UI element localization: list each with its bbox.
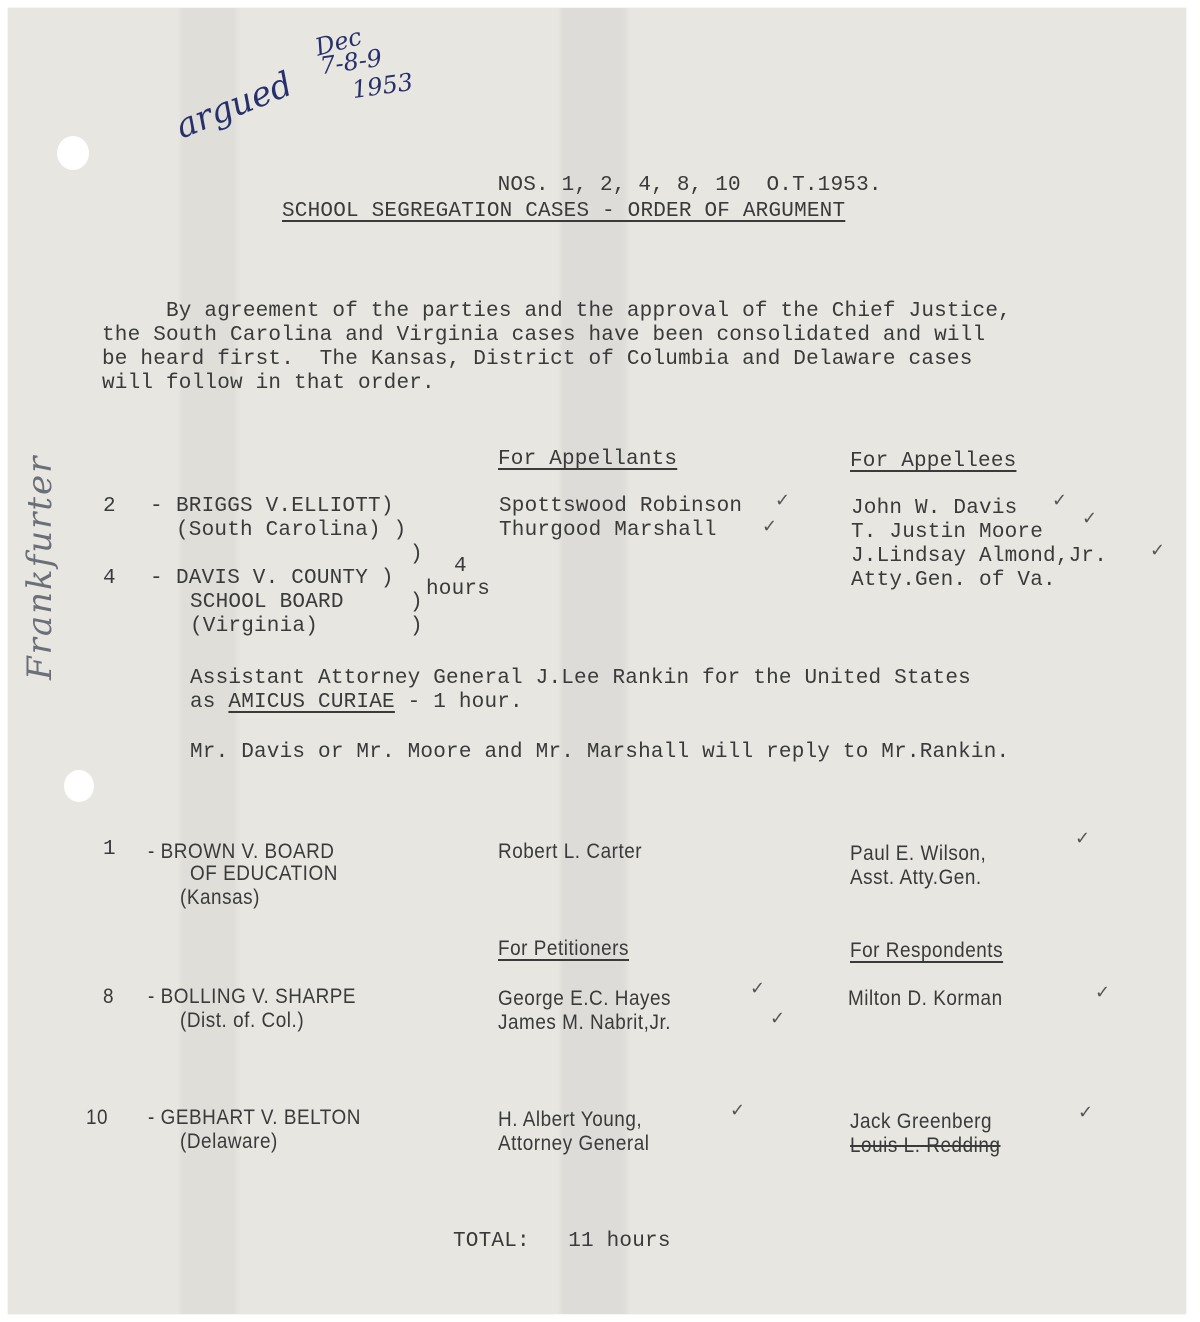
appellee-moore: T. Justin Moore xyxy=(851,521,1043,545)
case-4-dash: - xyxy=(150,567,163,591)
check-mark-icon: ✓ xyxy=(1082,508,1097,529)
check-mark-icon: ✓ xyxy=(775,490,790,511)
header-for-appellees: For Appellees xyxy=(850,450,1016,474)
respondent-greenberg: Jack Greenberg xyxy=(850,1110,992,1134)
check-mark-icon: ✓ xyxy=(750,978,765,999)
case-4-state: (Virginia) xyxy=(190,615,318,639)
case-1-name: - BROWN V. BOARD xyxy=(148,840,334,864)
time-allotted-unit: hours xyxy=(426,578,490,602)
punch-hole-bottom xyxy=(64,770,94,802)
amicus-suffix: - 1 hour. xyxy=(395,691,523,714)
appellant-marshall: Thurgood Marshall xyxy=(499,519,717,543)
intro-line-1: By agreement of the parties and the appr… xyxy=(102,300,1011,324)
intro-line-2: the South Carolina and Virginia cases ha… xyxy=(102,324,985,348)
case-2-name: BRIGGS V.ELLIOTT) xyxy=(176,495,394,519)
intro-line-3: be heard first. The Kansas, District of … xyxy=(102,348,973,372)
case-2-state: (South Carolina) ) xyxy=(176,519,406,543)
check-mark-icon: ✓ xyxy=(1095,982,1110,1003)
margin-signature: Frankfurter xyxy=(20,455,60,680)
appellee-davis: John W. Davis xyxy=(851,497,1017,521)
check-mark-icon: ✓ xyxy=(1075,828,1090,849)
check-mark-icon: ✓ xyxy=(1078,1102,1093,1123)
bracket-1: ) xyxy=(410,543,423,567)
bracket-3: ) xyxy=(410,615,423,639)
appellee-wilson: Paul E. Wilson, xyxy=(850,842,986,866)
intro-line-4: will follow in that order. xyxy=(102,372,435,396)
respondent-korman: Milton D. Korman xyxy=(848,987,1003,1011)
amicus-curiae-label: AMICUS CURIAE xyxy=(228,691,394,714)
term: O.T.1953. xyxy=(766,174,881,197)
time-allotted-value: 4 xyxy=(454,555,467,579)
appellee-almond-title: Atty.Gen. of Va. xyxy=(851,569,1056,593)
bracket-2: ) xyxy=(410,591,423,615)
appellant-robinson: Spottswood Robinson xyxy=(499,495,742,519)
case-8-name: - BOLLING V. SHARPE xyxy=(148,985,356,1009)
appellee-almond: J.Lindsay Almond,Jr. xyxy=(851,545,1107,569)
header-for-petitioners: For Petitioners xyxy=(498,937,629,961)
check-mark-icon: ✓ xyxy=(762,516,777,537)
petitioner-young-title: Attorney General xyxy=(498,1132,650,1156)
case-1-number: 1 xyxy=(103,838,116,862)
case-numbers: NOS. 1, 2, 4, 8, 10 O.T.1953. xyxy=(472,150,882,198)
header-for-appellants: For Appellants xyxy=(498,448,677,472)
check-mark-icon: ✓ xyxy=(1150,540,1165,561)
total-row: TOTAL: 11 hours xyxy=(453,1230,671,1254)
case-2-dash: - xyxy=(150,495,163,519)
check-mark-icon: ✓ xyxy=(1052,490,1067,511)
check-mark-icon: ✓ xyxy=(730,1100,745,1121)
total-label: TOTAL: xyxy=(453,1230,530,1253)
punch-hole-top xyxy=(57,136,89,170)
amicus-line-2: as AMICUS CURIAE - 1 hour. xyxy=(190,691,523,715)
amicus-prefix: as xyxy=(190,691,228,714)
case-8-number: 8 xyxy=(103,985,114,1009)
header-for-respondents: For Respondents xyxy=(850,939,1003,963)
case-4-number: 4 xyxy=(103,567,116,591)
appellant-carter: Robert L. Carter xyxy=(498,840,642,864)
case-numbers-text: NOS. 1, 2, 4, 8, 10 xyxy=(498,174,741,197)
case-10-state: (Delaware) xyxy=(180,1130,278,1154)
case-10-number: 10 xyxy=(86,1106,108,1130)
petitioner-young: H. Albert Young, xyxy=(498,1108,642,1132)
petitioner-hayes: George E.C. Hayes xyxy=(498,987,671,1011)
case-10-name: - GEBHART V. BELTON xyxy=(148,1106,361,1130)
case-1-state: (Kansas) xyxy=(180,886,260,910)
case-2-number: 2 xyxy=(103,495,116,519)
case-4-name: DAVIS V. COUNTY ) xyxy=(176,567,394,591)
total-value: 11 hours xyxy=(568,1230,670,1253)
case-4-line2: SCHOOL BOARD xyxy=(190,591,344,615)
respondent-redding-struck: Louis L. Redding xyxy=(850,1134,1000,1158)
appellee-wilson-title: Asst. Atty.Gen. xyxy=(850,866,982,890)
case-8-state: (Dist. of. Col.) xyxy=(180,1009,304,1033)
page-title: SCHOOL SEGREGATION CASES - ORDER OF ARGU… xyxy=(282,200,845,224)
petitioner-nabrit: James M. Nabrit,Jr. xyxy=(498,1011,671,1035)
reply-note: Mr. Davis or Mr. Moore and Mr. Marshall … xyxy=(190,741,1009,765)
check-mark-icon: ✓ xyxy=(770,1008,785,1029)
amicus-line-1: Assistant Attorney General J.Lee Rankin … xyxy=(190,667,971,691)
case-1-line2: OF EDUCATION xyxy=(190,862,338,886)
